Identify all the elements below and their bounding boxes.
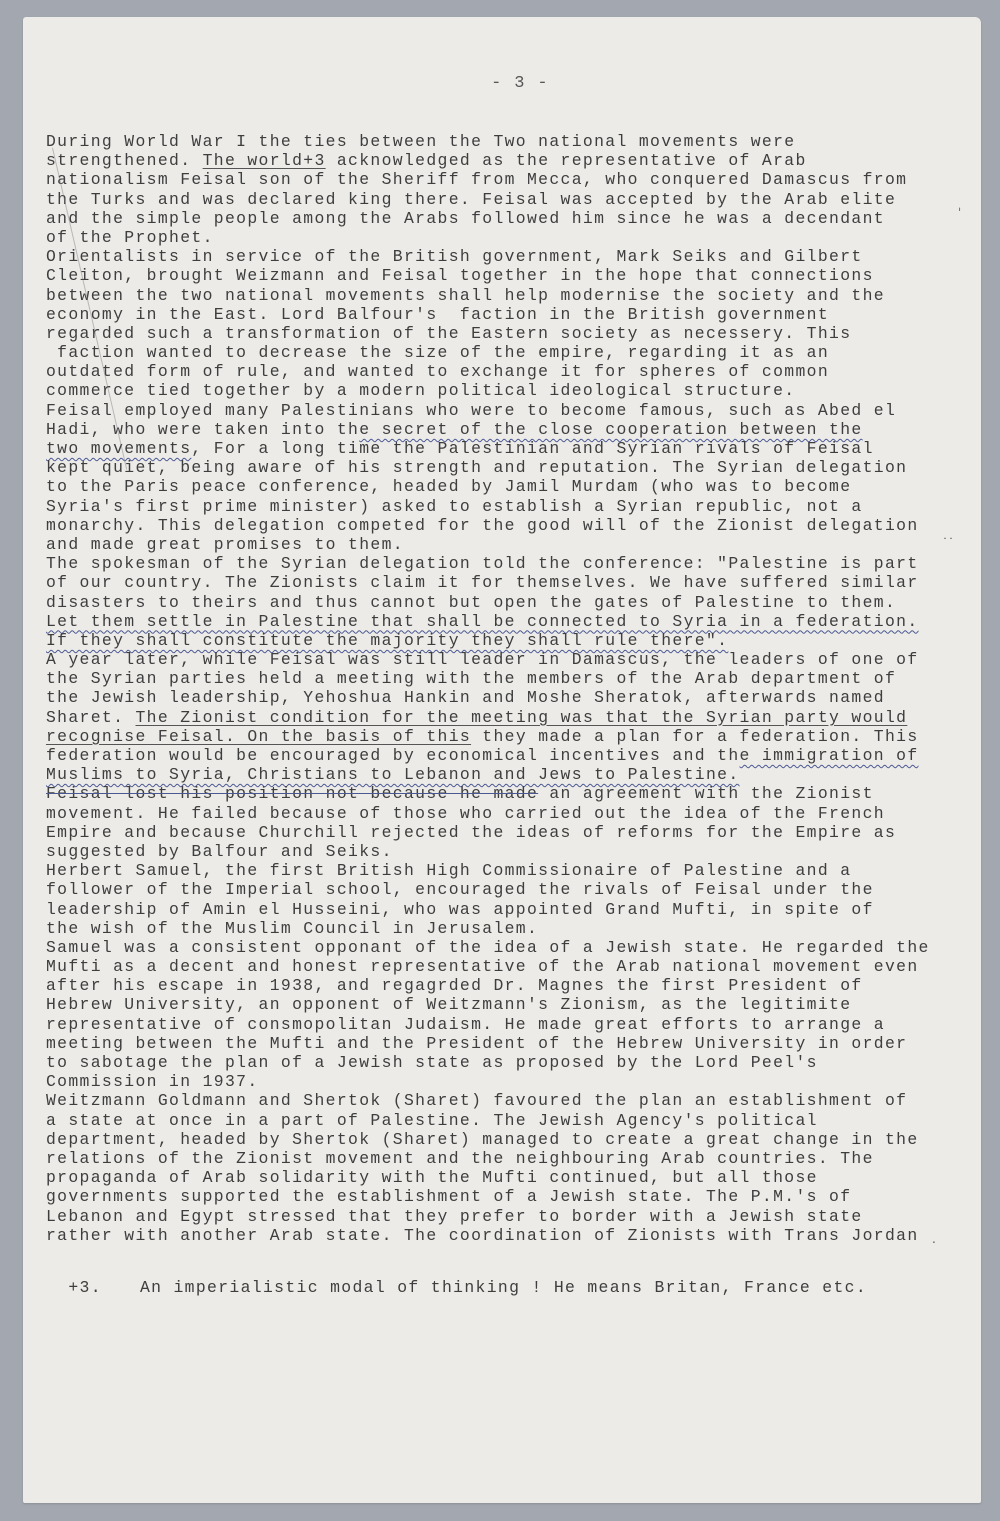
text-run: the Turks and was declared king there. F…	[46, 190, 896, 209]
text-line: Hebrew University, an opponent of Weitzm…	[46, 995, 930, 1014]
text-line: Lebanon and Egypt stressed that they pre…	[46, 1207, 930, 1226]
text-run: leadership of Amin el Husseini, who was …	[46, 900, 874, 919]
pen-underline: If they shall constitute the majority th…	[46, 631, 728, 650]
text-line: During World War I the ties between the …	[46, 132, 930, 151]
text-line: If they shall constitute the majority th…	[46, 631, 930, 650]
text-run: monarchy. This delegation competed for t…	[46, 516, 919, 535]
text-run: The spokesman of the Syrian delegation t…	[46, 554, 919, 573]
text-run: representative of consmopolitan Judaism.…	[46, 1015, 885, 1034]
text-line: after his escape in 1938, and regagrded …	[46, 976, 930, 995]
text-run: the Jewish leadership, Yehoshua Hankin a…	[46, 688, 885, 707]
margin-tick-mark: .	[932, 1232, 936, 1246]
text-run: Sharet.	[46, 708, 136, 727]
text-line: a state at once in a part of Palestine. …	[46, 1111, 930, 1130]
text-line: Sharet. The Zionist condition for the me…	[46, 708, 930, 727]
text-run: Cleiton, brought Weizmann and Feisal tog…	[46, 266, 874, 285]
text-line: propaganda of Arab solidarity with the M…	[46, 1168, 930, 1187]
margin-tick-mark: ˙˙	[942, 536, 954, 550]
text-line: federation would be encouraged by econom…	[46, 746, 930, 765]
text-line: A year later, while Feisal was still lea…	[46, 650, 930, 669]
text-line: recognise Feisal. On the basis of this t…	[46, 727, 930, 746]
text-line: leadership of Amin el Husseini, who was …	[46, 900, 930, 919]
pen-underline: e secret of the close cooperation betwee…	[359, 420, 862, 439]
text-line: kept quiet, being aware of his strength …	[46, 458, 930, 477]
text-run: the Syrian parties held a meeting with t…	[46, 669, 896, 688]
text-line: two movements, For a long time the Pales…	[46, 439, 930, 458]
text-line: faction wanted to decrease the size of t…	[46, 343, 930, 362]
text-line: movement. He failed because of those who…	[46, 804, 930, 823]
text-run: rather with another Arab state. The coor…	[46, 1226, 919, 1245]
text-line: of the Prophet.	[46, 228, 930, 247]
text-run: and made great promises to them.	[46, 535, 404, 554]
text-run: regarded such a transformation of the Ea…	[46, 324, 851, 343]
text-line: Cleiton, brought Weizmann and Feisal tog…	[46, 266, 930, 285]
body-text: During World War I the ties between the …	[46, 132, 930, 1245]
text-line: Orientalists in service of the British g…	[46, 247, 930, 266]
text-run: During World War I the ties between the …	[46, 132, 795, 151]
text-line: department, headed by Shertok (Sharet) m…	[46, 1130, 930, 1149]
text-run: Lebanon and Egypt stressed that they pre…	[46, 1207, 863, 1226]
text-line: the Jewish leadership, Yehoshua Hankin a…	[46, 688, 930, 707]
text-run: suggested by Balfour and Seiks.	[46, 842, 393, 861]
text-line: Feisal lost his position not because he …	[46, 784, 930, 803]
text-run: follower of the Imperial school, encoura…	[46, 880, 874, 899]
text-run: faction wanted to decrease the size of t…	[46, 343, 829, 362]
text-run: disasters to theirs and thus cannot but …	[46, 593, 896, 612]
text-line: Herbert Samuel, the first British High C…	[46, 861, 930, 880]
text-run: movement. He failed because of those who…	[46, 804, 885, 823]
text-run: and the simple people among the Arabs fo…	[46, 209, 885, 228]
text-line: Empire and because Churchill rejected th…	[46, 823, 930, 842]
text-line: and the simple people among the Arabs fo…	[46, 209, 930, 228]
text-run: the wish of the Muslim Council in Jerusa…	[46, 919, 538, 938]
text-line: Feisal employed many Palestinians who we…	[46, 401, 930, 420]
typed-underline: The world+3	[203, 151, 326, 170]
text-run: Commission in 1937.	[46, 1072, 259, 1091]
text-line: Commission in 1937.	[46, 1072, 930, 1091]
text-run: acknowledged as the representative of Ar…	[326, 151, 807, 170]
text-run: Empire and because Churchill rejected th…	[46, 823, 896, 842]
text-line: Syria's first prime minister) asked to e…	[46, 497, 930, 516]
text-line: suggested by Balfour and Seiks.	[46, 842, 930, 861]
text-line: of our country. The Zionists claim it fo…	[46, 573, 930, 592]
text-run: Syria's first prime minister) asked to e…	[46, 497, 863, 516]
text-line: monarchy. This delegation competed for t…	[46, 516, 930, 535]
text-run: to sabotage the plan of a Jewish state a…	[46, 1053, 818, 1072]
text-run: department, headed by Shertok (Sharet) m…	[46, 1130, 919, 1149]
text-line: nationalism Feisal son of the Sheriff fr…	[46, 170, 930, 189]
text-line: regarded such a transformation of the Ea…	[46, 324, 930, 343]
text-run: an agreement with the Zionist	[538, 784, 874, 803]
text-run: Feisal employed many Palestinians who we…	[46, 401, 896, 420]
text-run: A year later, while Feisal was still lea…	[46, 650, 919, 669]
text-line: representative of consmopolitan Judaism.…	[46, 1015, 930, 1034]
text-run: outdated form of rule, and wanted to exc…	[46, 362, 829, 381]
pen-underline: Let them settle in Palestine that shall …	[46, 612, 919, 631]
text-run: relations of the Zionist movement and th…	[46, 1149, 874, 1168]
text-run: Herbert Samuel, the first British High C…	[46, 861, 851, 880]
text-run: commerce tied together by a modern polit…	[46, 381, 795, 400]
text-line: follower of the Imperial school, encoura…	[46, 880, 930, 899]
text-line: The spokesman of the Syrian delegation t…	[46, 554, 930, 573]
text-line: meeting between the Mufti and the Presid…	[46, 1034, 930, 1053]
text-run: Hadi, who were taken into th	[46, 420, 359, 439]
text-run: economy in the East. Lord Balfour's fact…	[46, 305, 829, 324]
text-line: between the two national movements shall…	[46, 286, 930, 305]
text-run: meeting between the Mufti and the Presid…	[46, 1034, 907, 1053]
text-line: rather with another Arab state. The coor…	[46, 1226, 930, 1245]
typed-underline: recognise Feisal. On the basis of this	[46, 727, 471, 746]
text-run: kept quiet, being aware of his strength …	[46, 458, 907, 477]
text-line: governments supported the establishment …	[46, 1187, 930, 1206]
margin-tick-mark: ˈ	[958, 206, 961, 220]
page-number: - 3 -	[470, 74, 570, 93]
text-run: , For a long time the Palestinian and Sy…	[191, 439, 873, 458]
text-run: nationalism Feisal son of the Sheriff fr…	[46, 170, 907, 189]
text-run: federation would be encouraged by econom…	[46, 746, 740, 765]
text-run: Mufti as a decent and honest representat…	[46, 957, 919, 976]
text-run: Hebrew University, an opponent of Weitzm…	[46, 995, 851, 1014]
text-line: to the Paris peace conference, headed by…	[46, 477, 930, 496]
text-run: to the Paris peace conference, headed by…	[46, 477, 851, 496]
text-line: the Turks and was declared king there. F…	[46, 190, 930, 209]
text-line: Samuel was a consistent opponant of the …	[46, 938, 930, 957]
text-run: a state at once in a part of Palestine. …	[46, 1111, 818, 1130]
text-run: Samuel was a consistent opponant of the …	[46, 938, 930, 957]
text-line: the wish of the Muslim Council in Jerusa…	[46, 919, 930, 938]
pen-underline: Muslims to Syria, Christians to Lebanon …	[46, 765, 740, 784]
text-line: Mufti as a decent and honest representat…	[46, 957, 930, 976]
text-run: Orientalists in service of the British g…	[46, 247, 863, 266]
text-run: strengthened.	[46, 151, 203, 170]
text-line: strengthened. The world+3 acknowledged a…	[46, 151, 930, 170]
text-line: disasters to theirs and thus cannot but …	[46, 593, 930, 612]
typed-underline: The Zionist condition for the meeting wa…	[136, 708, 908, 727]
text-run: between the two national movements shall…	[46, 286, 885, 305]
text-run: propaganda of Arab solidarity with the M…	[46, 1168, 818, 1187]
text-run: Weitzmann Goldmann and Shertok (Sharet) …	[46, 1091, 907, 1110]
pen-strikethrough: Feisal lost his position not because he …	[46, 784, 538, 803]
text-run: governments supported the establishment …	[46, 1187, 851, 1206]
text-line: relations of the Zionist movement and th…	[46, 1149, 930, 1168]
footnote-marker: +3.	[68, 1278, 102, 1297]
text-run: after his escape in 1938, and regagrded …	[46, 976, 863, 995]
footnote-text: An imperialistic modal of thinking ! He …	[140, 1278, 867, 1297]
footnote: +3.An imperialistic modal of thinking ! …	[46, 1259, 867, 1297]
text-run: they made a plan for a federation. This	[471, 727, 918, 746]
text-line: the Syrian parties held a meeting with t…	[46, 669, 930, 688]
text-line: commerce tied together by a modern polit…	[46, 381, 930, 400]
pen-underline: two movements	[46, 439, 191, 458]
text-line: economy in the East. Lord Balfour's fact…	[46, 305, 930, 324]
text-line: and made great promises to them.	[46, 535, 930, 554]
text-line: to sabotage the plan of a Jewish state a…	[46, 1053, 930, 1072]
text-line: Weitzmann Goldmann and Shertok (Sharet) …	[46, 1091, 930, 1110]
text-line: Let them settle in Palestine that shall …	[46, 612, 930, 631]
text-line: Hadi, who were taken into the secret of …	[46, 420, 930, 439]
text-line: Muslims to Syria, Christians to Lebanon …	[46, 765, 930, 784]
text-run: of our country. The Zionists claim it fo…	[46, 573, 919, 592]
pen-underline: e immigration of	[740, 746, 919, 765]
text-line: outdated form of rule, and wanted to exc…	[46, 362, 930, 381]
